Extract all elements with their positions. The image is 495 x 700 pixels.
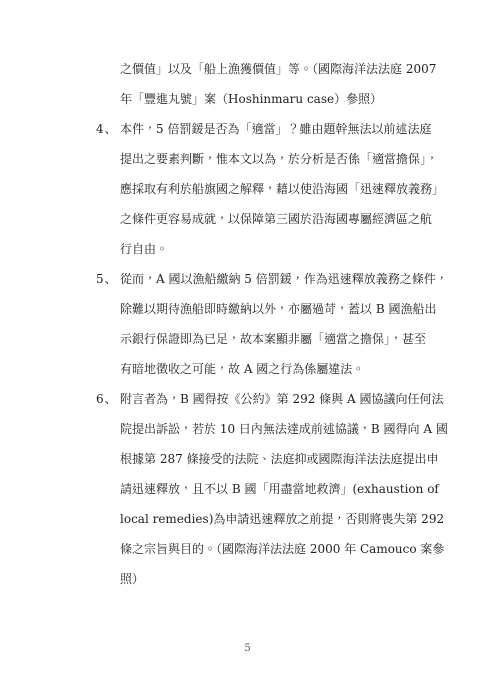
text-line: 除難以期待漁船即時繳納以外，亦屬過苛，蓋以 B 國漁船出 — [120, 294, 420, 324]
text-line: 附言者為，B 國得按《公約》第 292 條與 A 國協議向任何法 — [120, 384, 420, 414]
paragraph-text: 附言者為，B 國得按《公約》第 292 條與 A 國協議向任何法 院提出訴訟，若… — [120, 384, 420, 594]
text-line: 示銀行保證即為已足，故本案顯非屬「適當之擔保」，甚至 — [120, 324, 420, 354]
text-line: local remedies)為申請迅速釋放之前提，否則將喪失第 292 — [120, 504, 420, 534]
text-line: 條之宗旨與目的。（國際海洋法法庭 2000 年 Camouco 案參 — [120, 534, 420, 564]
text-line: 從而，A 國以漁船繳納 5 倍罰鍰，作為迅速釋放義務之條件， — [120, 264, 420, 294]
paragraph-item-6: 6、 附言者為，B 國得按《公約》第 292 條與 A 國協議向任何法 院提出訴… — [96, 384, 426, 594]
document-page: 之價值」以及「船上漁獲價值」等。（國際海洋法法庭 2007 年「豐進丸號」案（H… — [0, 0, 495, 700]
text-line: 有暗地徵收之可能，故 A 國之行為係屬違法。 — [120, 354, 420, 384]
paragraph-number: 6、 — [96, 384, 120, 414]
document-body: 之價值」以及「船上漁獲價值」等。（國際海洋法法庭 2007 年「豐進丸號」案（H… — [96, 54, 426, 594]
paragraph-continuation: 之價值」以及「船上漁獲價值」等。（國際海洋法法庭 2007 年「豐進丸號」案（H… — [96, 54, 426, 114]
text-line: 照） — [120, 564, 420, 594]
text-line: 院提出訴訟，若於 10 日內無法達成前述協議，B 國得向 A 國 — [120, 414, 420, 444]
paragraph-item-5: 5、 從而，A 國以漁船繳納 5 倍罰鍰，作為迅速釋放義務之條件， 除難以期待漁… — [96, 264, 426, 384]
text-line: 根據第 287 條接受的法院、法庭抑或國際海洋法法庭提出申 — [120, 444, 420, 474]
paragraph-text: 之價值」以及「船上漁獲價值」等。（國際海洋法法庭 2007 年「豐進丸號」案（H… — [120, 54, 420, 114]
text-line: 本件，5 倍罰鍰是否為「適當」？雖由題幹無法以前述法庭 — [120, 114, 420, 144]
text-line: 年「豐進丸號」案（Hoshinmaru case）參照） — [120, 84, 420, 114]
text-line: 請迅速釋放，且不以 B 國「用盡當地救濟」(exhaustion of — [120, 474, 420, 504]
text-line: 行自由。 — [120, 234, 420, 264]
paragraph-text: 從而，A 國以漁船繳納 5 倍罰鍰，作為迅速釋放義務之條件， 除難以期待漁船即時… — [120, 264, 420, 384]
text-line: 應採取有利於船旗國之解釋，藉以使沿海國「迅速釋放義務」 — [120, 174, 420, 204]
paragraph-text: 本件，5 倍罰鍰是否為「適當」？雖由題幹無法以前述法庭 提出之要素判斷，惟本文以… — [120, 114, 420, 264]
text-line: 之價值」以及「船上漁獲價值」等。（國際海洋法法庭 2007 — [120, 54, 420, 84]
paragraph-number: 4、 — [96, 114, 120, 144]
text-line: 之條件更容易成就，以保障第三國於沿海國專屬經濟區之航 — [120, 204, 420, 234]
paragraph-item-4: 4、 本件，5 倍罰鍰是否為「適當」？雖由題幹無法以前述法庭 提出之要素判斷，惟… — [96, 114, 426, 264]
text-line: 提出之要素判斷，惟本文以為，於分析是否係「適當擔保」， — [120, 144, 420, 174]
page-number: 5 — [0, 640, 495, 658]
paragraph-number: 5、 — [96, 264, 120, 294]
